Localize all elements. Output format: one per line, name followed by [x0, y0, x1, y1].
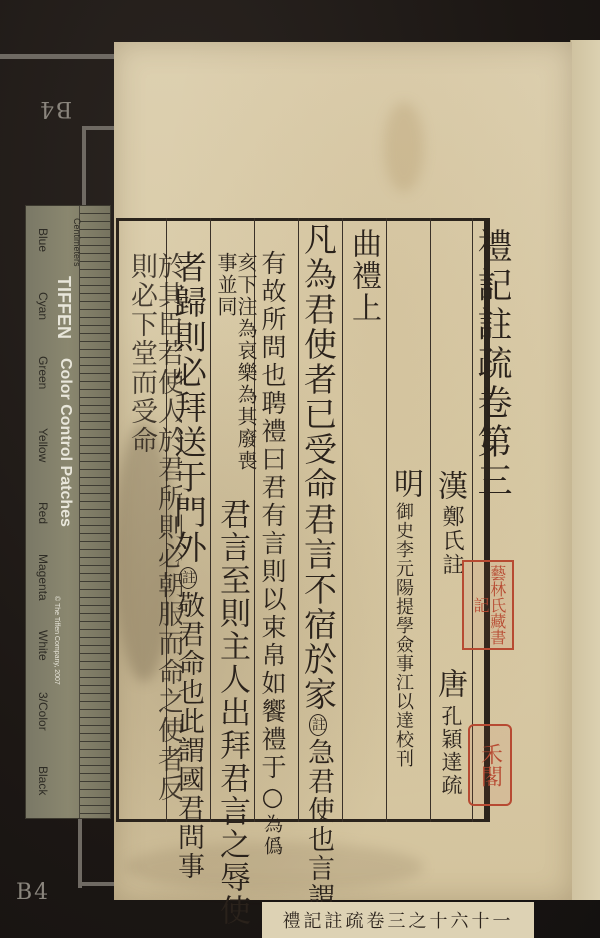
dynasty-ming: 明 [390, 468, 420, 500]
collector-seal-large: 藝林氏藏書記 [462, 560, 514, 650]
text-column-5: 於其臣若使人於君所則必朝服而命之使者反則必下堂而受命 [128, 252, 182, 812]
tiffen-title: Color Control Patches [56, 358, 74, 527]
board-label-top: B4 [38, 96, 72, 121]
guide-line-top [0, 54, 114, 59]
guide-line-corner-h [82, 126, 114, 130]
text-column-1: 凡為君使者已受命君言不宿於家註急君使也言謂 [302, 222, 335, 912]
note-marker: 註 [309, 714, 327, 736]
adjacent-page-edge [570, 40, 600, 900]
board-label-bottom: B4 [16, 880, 50, 905]
centimeter-ruler [79, 206, 110, 818]
patch-black: Black [36, 766, 50, 795]
chapter-heading: 曲禮上 [348, 228, 378, 324]
text-column-3-main: 君言至則主人出拜君言之辱使 [216, 498, 247, 927]
collector-seal-small: 禾閣 [468, 724, 512, 806]
editor-li-jiang: 御史李元陽提學僉事江以達校刊 [394, 502, 412, 768]
patch-cyan: Cyan [36, 292, 50, 320]
patch-red: Red [36, 502, 50, 524]
guide-line-corner-v [82, 126, 86, 206]
ruler-unit-label: Centimeters [72, 218, 82, 267]
book-title: 禮記註疏卷第三 [474, 228, 509, 501]
patch-blue: Blue [36, 228, 50, 252]
patch-magenta: Magenta [36, 554, 50, 601]
guide-line-bottom-h [78, 882, 114, 886]
dynasty-tang: 唐 [434, 668, 464, 700]
tiffen-color-control-strip: Centimeters TIFFEN Color Control Patches… [26, 206, 110, 818]
commentary-text: 急君使也言謂 [303, 738, 334, 912]
tiffen-copyright: © The Tiffen Company, 2007 [53, 596, 60, 685]
circle-mark: ○ [258, 782, 287, 814]
patch-yellow: Yellow [36, 428, 50, 462]
text-column-2: 有故所問也聘禮曰君有言則以束帛如饗禮于○為僞 [260, 250, 285, 858]
tiffen-brand: TIFFEN [53, 276, 74, 339]
subcommentator-kong: 孔穎達疏 [440, 705, 461, 797]
patch-white: White [36, 630, 50, 661]
patch-3color: 3/Color [36, 692, 50, 731]
phonetic-note: 為僞 [261, 814, 283, 858]
guide-line-bottom-v [78, 818, 82, 888]
bottom-volume-label: 禮記註疏卷三之十六十一 [262, 902, 534, 938]
text-column-3-note: 亥下注為哀樂為其廢喪事並同 [216, 252, 256, 472]
annotator-zheng: 鄭氏註 [440, 505, 462, 577]
dynasty-han: 漢 [434, 470, 464, 502]
patch-green: Green [36, 356, 50, 389]
commentary-text: 有故所問也聘禮曰君有言則以束帛如饗禮于 [258, 250, 287, 782]
main-text: 凡為君使者已受命君言不宿於家 [299, 222, 338, 712]
